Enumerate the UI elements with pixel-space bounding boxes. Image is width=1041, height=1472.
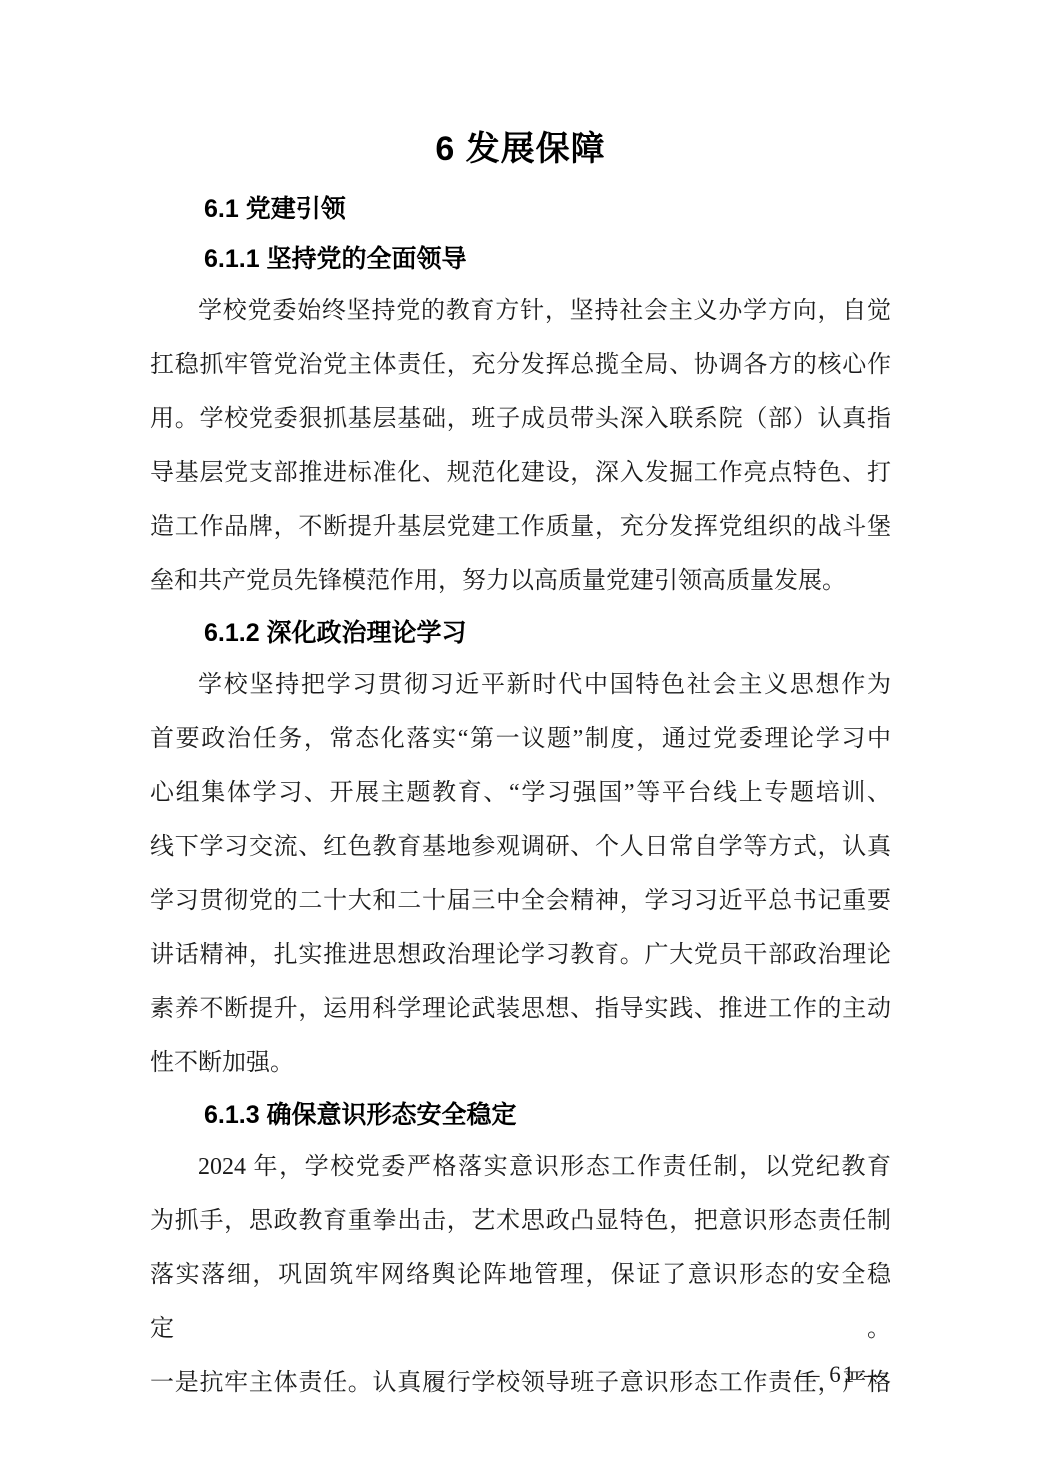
page-content: 6 发展保障 6.1 党建引领 6.1.1 坚持党的全面领导 学校党委始终坚持党… (150, 126, 891, 1410)
subsection-heading-6-1-1: 6.1.1 坚持党的全面领导 (150, 234, 891, 284)
text-line: 心组集体学习、开展主题教育、“学习强国”等平台线上专题培训、 (150, 766, 891, 820)
text-line: 落实落细，巩固筑牢网络舆论阵地管理，保证了意识形态的安全稳定。 (150, 1248, 891, 1356)
page-number: — 61 — (797, 1362, 890, 1388)
page-title: 6 发展保障 (150, 126, 891, 172)
text-line: 导基层党支部推进标准化、规范化建设，深入发掘工作亮点特色、打 (150, 446, 891, 500)
text-line: 性不断加强。 (150, 1036, 891, 1090)
text-line: 一是抗牢主体责任。认真履行学校领导班子意识形态工作责任，严格 (150, 1356, 891, 1410)
section-heading-6-1: 6.1 党建引领 (150, 184, 891, 234)
paragraph-6-1-3: 2024 年，学校党委严格落实意识形态工作责任制，以党纪教育 为抓手，思政教育重… (150, 1140, 891, 1410)
text-line: 线下学习交流、红色教育基地参观调研、个人日常自学等方式，认真 (150, 820, 891, 874)
text-line: 学习贯彻党的二十大和二十届三中全会精神，学习习近平总书记重要 (150, 874, 891, 928)
text-line: 2024 年，学校党委严格落实意识形态工作责任制，以党纪教育 (150, 1140, 891, 1194)
document-page: 6 发展保障 6.1 党建引领 6.1.1 坚持党的全面领导 学校党委始终坚持党… (0, 0, 1041, 1472)
text-line: 讲话精神，扎实推进思想政治理论学习教育。广大党员干部政治理论 (150, 928, 891, 982)
text-line: 扛稳抓牢管党治党主体责任，充分发挥总揽全局、协调各方的核心作 (150, 338, 891, 392)
text-line: 学校坚持把学习贯彻习近平新时代中国特色社会主义思想作为 (150, 658, 891, 712)
text-line: 垒和共产党员先锋模范作用，努力以高质量党建引领高质量发展。 (150, 554, 891, 608)
text-line: 为抓手，思政教育重拳出击，艺术思政凸显特色，把意识形态责任制 (150, 1194, 891, 1248)
text-line: 素养不断提升，运用科学理论武装思想、指导实践、推进工作的主动 (150, 982, 891, 1036)
subsection-heading-6-1-2: 6.1.2 深化政治理论学习 (150, 608, 891, 658)
text-line: 学校党委始终坚持党的教育方针，坚持社会主义办学方向，自觉 (150, 284, 891, 338)
text-line: 造工作品牌，不断提升基层党建工作质量，充分发挥党组织的战斗堡 (150, 500, 891, 554)
text-line: 用。学校党委狠抓基层基础，班子成员带头深入联系院（部）认真指 (150, 392, 891, 446)
paragraph-6-1-2: 学校坚持把学习贯彻习近平新时代中国特色社会主义思想作为 首要政治任务，常态化落实… (150, 658, 891, 1090)
subsection-heading-6-1-3: 6.1.3 确保意识形态安全稳定 (150, 1090, 891, 1140)
paragraph-6-1-1: 学校党委始终坚持党的教育方针，坚持社会主义办学方向，自觉 扛稳抓牢管党治党主体责… (150, 284, 891, 608)
text-line: 首要政治任务，常态化落实“第一议题”制度，通过党委理论学习中 (150, 712, 891, 766)
